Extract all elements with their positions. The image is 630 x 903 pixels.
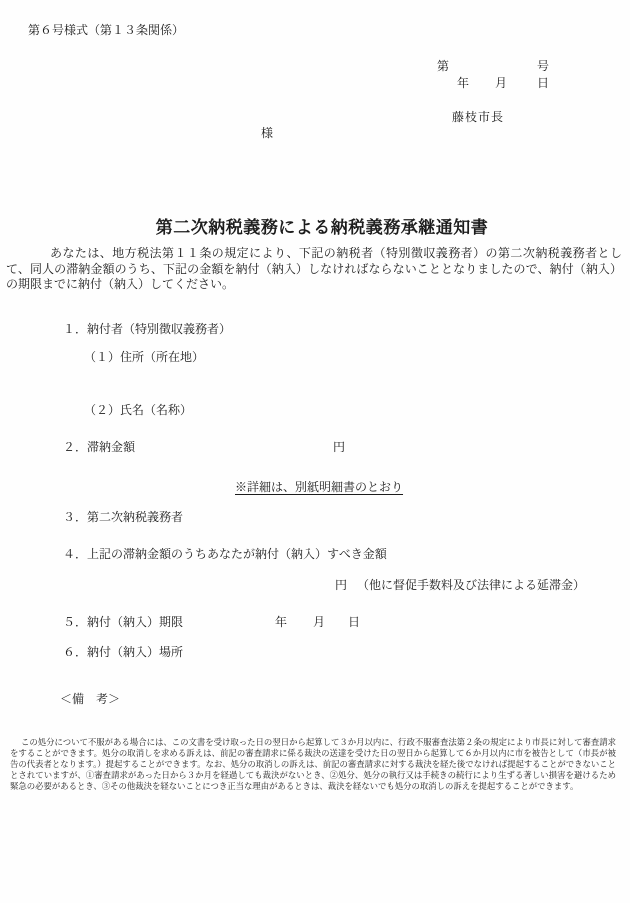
intro-paragraph: あなたは、地方税法第１１条の規定により、下記の納税者（特別徴収義務者）の第二次納… <box>6 246 622 293</box>
doc-number-suffix: 号 <box>537 60 549 72</box>
document-page: 第６号様式（第１３条関係） 第 号 年 月 日 藤枝市長 様 第二次納税義務によ… <box>0 0 630 903</box>
addressee-suffix: 様 <box>261 127 273 139</box>
item-4-unit-yen: 円 <box>335 579 347 591</box>
date-day-label: 日 <box>537 77 549 89</box>
appeal-footnote: この処分について不服がある場合には、この文書を受け取った日の翌日から起算して３か… <box>10 737 616 792</box>
item-3-label: ３．第二次納税義務者 <box>63 511 183 523</box>
date-year-label: 年 <box>457 77 469 89</box>
item-4-label: ４．上記の滞納金額のうちあなたが納付（納入）すべき金額 <box>63 548 387 560</box>
item-5-month-label: 月 <box>313 616 325 628</box>
doc-number-prefix: 第 <box>437 60 449 72</box>
item-1-label: １．納付者（特別徴収義務者） <box>63 323 231 335</box>
remarks-label: ＜備 考＞ <box>60 693 120 705</box>
document-title: 第二次納税義務による納税義務承継通知書 <box>0 213 630 238</box>
item-5-year-label: 年 <box>275 616 287 628</box>
item-1-1-label: （１）住所（所在地） <box>84 351 204 363</box>
item-6-label: ６．納付（納入）場所 <box>63 646 183 658</box>
item-2-label: ２．滞納金額 <box>63 441 135 453</box>
item-5-label: ５．納付（納入）期限 <box>63 616 183 628</box>
item-5-day-label: 日 <box>348 616 360 628</box>
item-2-unit-yen: 円 <box>333 441 345 453</box>
form-number: 第６号様式（第１３条関係） <box>28 24 184 36</box>
item-4-surcharge-note: （他に督促手数料及び法律による延滞金） <box>357 579 585 591</box>
sender-name: 藤枝市長 <box>452 111 504 123</box>
date-month-label: 月 <box>495 77 507 89</box>
item-1-2-label: （２）氏名（名称） <box>84 404 192 416</box>
detail-note: ※詳細は、別紙明細書のとおり <box>235 481 403 493</box>
